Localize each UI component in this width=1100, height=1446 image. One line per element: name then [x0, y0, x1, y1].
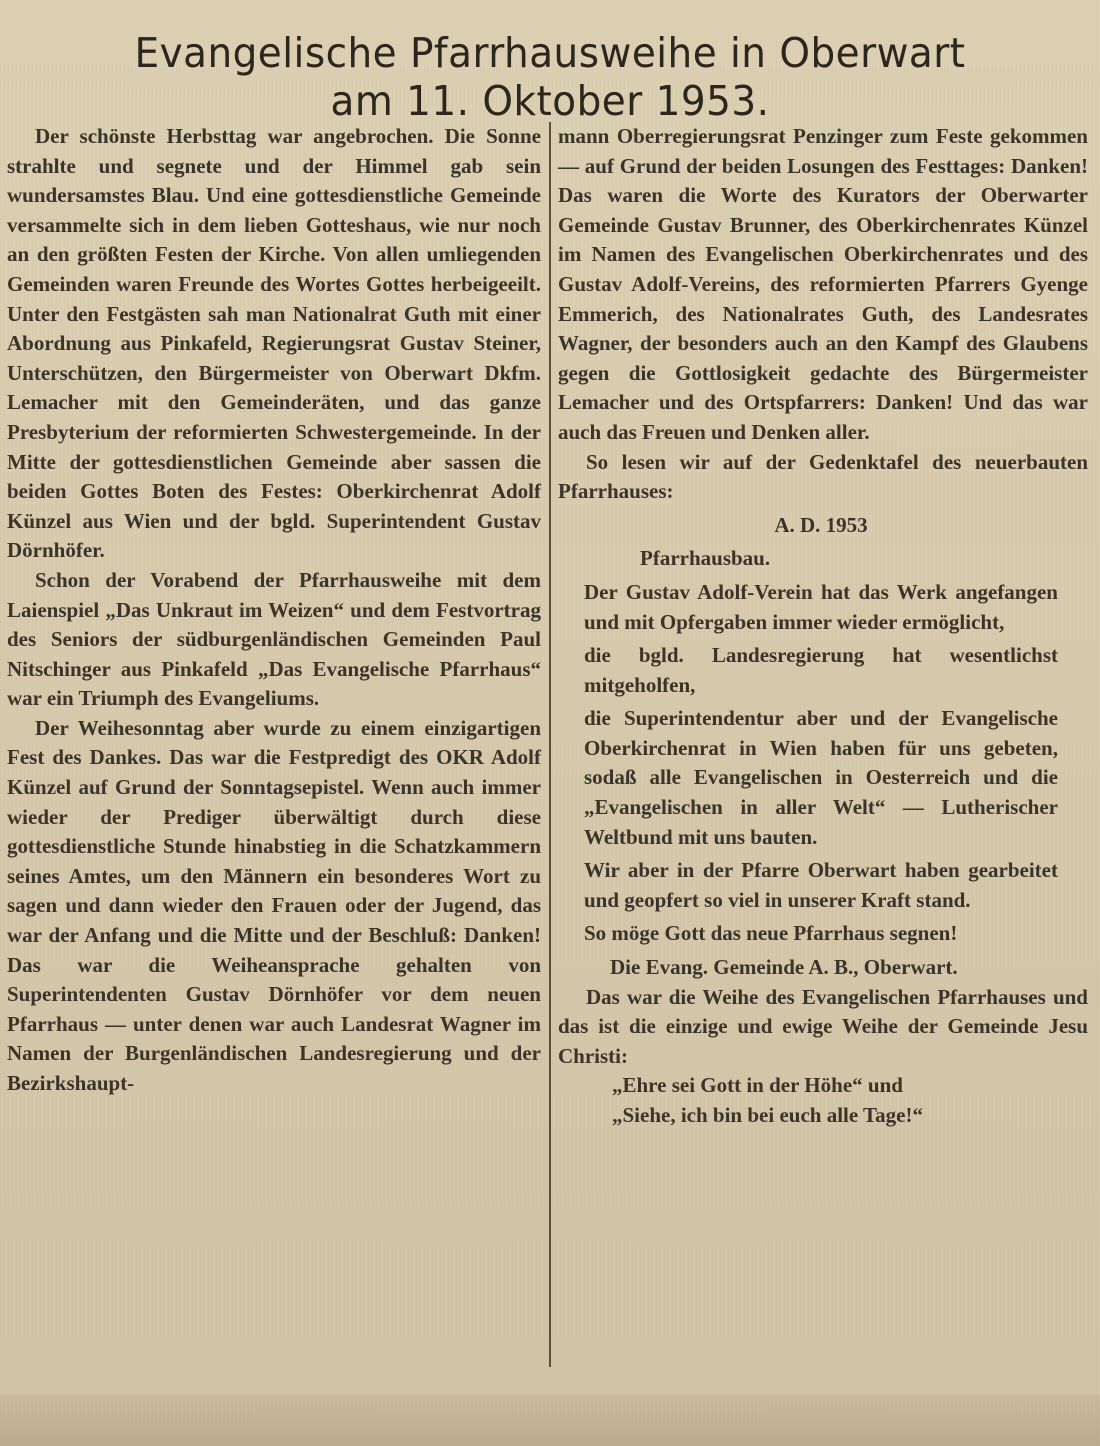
plaque-date: A. D. 1953 [584, 511, 1058, 541]
plaque-line: die bgld. Landesregierung hat wesentlich… [584, 641, 1058, 700]
plaque-signature: Die Evang. Gemeinde A. B., Oberwart. [584, 953, 1058, 983]
headline: Evangelische Pfarrhausweihe in Oberwart … [0, 29, 1100, 125]
headline-line-1: Evangelische Pfarrhausweihe in Oberwart [28, 29, 1073, 77]
column-divider [549, 122, 551, 1367]
paper-bottom-margin [0, 1395, 1100, 1446]
paragraph-eve: Schon der Vorabend der Pfarrhausweihe mi… [7, 566, 541, 714]
paragraph-plaque-intro: So lesen wir auf der Gedenktafel des neu… [558, 448, 1088, 507]
plaque-heading: Pfarrhausbau. [584, 544, 1058, 574]
plaque-line: Der Gustav Adolf-Verein hat das Werk ang… [584, 578, 1058, 637]
newspaper-clipping: Evangelische Pfarrhausweihe in Oberwart … [0, 0, 1100, 1446]
plaque-line: So möge Gott das neue Pfarrhaus segnen! [584, 919, 1058, 949]
paragraph-closing: Das war die Weihe des Evangelischen Pfar… [558, 983, 1088, 1072]
left-column: Der schönste Herbsttag war angebrochen. … [7, 122, 541, 1099]
paragraph-continuation: mann Oberregierungsrat Penzinger zum Fes… [558, 122, 1088, 448]
plaque-line: die Superintendentur aber und der Evange… [584, 704, 1058, 852]
memorial-plaque-text: A. D. 1953 Pfarrhausbau. Der Gustav Adol… [558, 511, 1088, 983]
headline-line-2: am 11. Oktober 1953. [28, 77, 1073, 125]
paragraph-intro: Der schönste Herbsttag war angebrochen. … [7, 122, 541, 566]
right-column: mann Oberregierungsrat Penzinger zum Fes… [558, 122, 1088, 1131]
paragraph-sunday: Der Weihesonntag aber wurde zu einem ein… [7, 714, 541, 1099]
quote-line: „Ehre sei Gott in der Höhe“ und [558, 1071, 1088, 1101]
quote-line: „Siehe, ich bin bei euch alle Tage!“ [558, 1101, 1088, 1131]
plaque-line: Wir aber in der Pfarre Oberwart haben ge… [584, 856, 1058, 915]
